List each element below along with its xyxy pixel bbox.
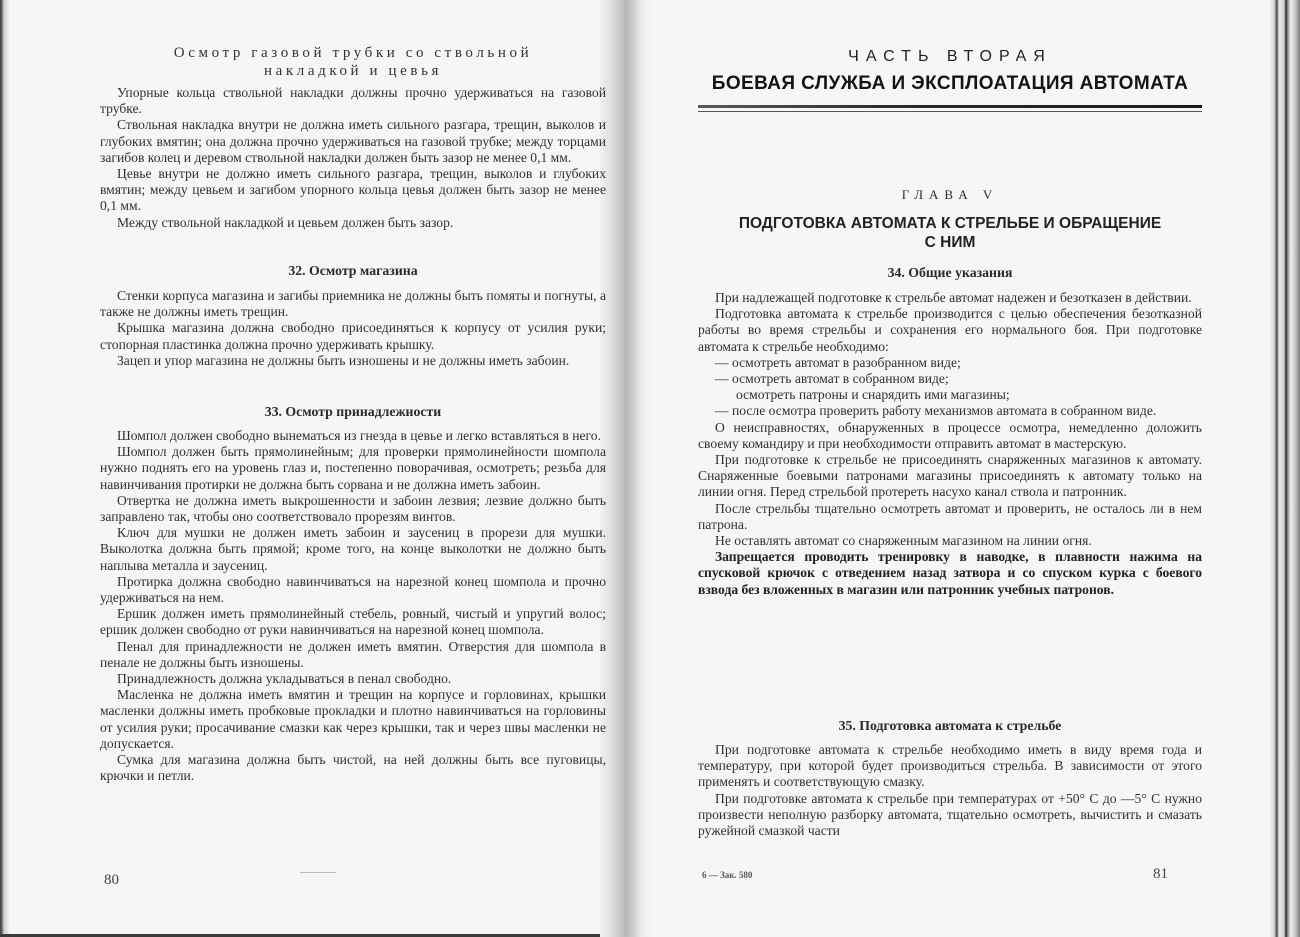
paragraph: Стенки корпуса магазина и загибы приемни… [100, 288, 606, 320]
section-32-title: 32. Осмотр магазина [100, 263, 606, 279]
list-item: осмотреть патроны и снарядить ими магази… [698, 387, 1202, 403]
gas-tube-heading-line1: Осмотр газовой трубки со ствольной [100, 44, 606, 62]
section-35-body: При подготовке автомата к стрельбе необх… [698, 742, 1202, 839]
section-34-body: При надлежащей подготовке к стрельбе авт… [698, 290, 1202, 598]
part-label: ЧАСТЬ ВТОРАЯ [698, 48, 1202, 66]
paragraph: Ершик должен иметь прямолинейный стебель… [100, 606, 606, 638]
paragraph: При подготовке автомата к стрельбе при т… [698, 791, 1202, 840]
paragraph: Ключ для мушки не должен иметь забоин и … [100, 525, 606, 574]
paragraph: Подготовка автомата к стрельбе производи… [698, 306, 1202, 355]
paragraph: Зацеп и упор магазина не должны быть изн… [100, 353, 606, 369]
paragraph: Упорные кольца ствольной накладки должны… [100, 85, 606, 117]
part-title-rule [698, 105, 1202, 108]
page-number-left: 80 [104, 872, 119, 889]
paragraph: Принадлежность должна укладываться в пен… [100, 671, 606, 687]
paragraph: О неисправностях, обнаруженных в процесс… [698, 420, 1202, 452]
paragraph: Протирка должна свободно навинчиваться н… [100, 574, 606, 606]
right-page: ЧАСТЬ ВТОРАЯ БОЕВАЯ СЛУЖБА И ЭКСПЛОАТАЦИ… [698, 0, 1202, 937]
section-32-body: Стенки корпуса магазина и загибы приемни… [100, 288, 606, 369]
paragraph: Отвертка не должна иметь выкрошенности и… [100, 493, 606, 525]
section-35-title: 35. Подготовка автомата к стрельбе [698, 718, 1202, 734]
page-number-right: 81 [1153, 866, 1168, 883]
section-33-title: 33. Осмотр принадлежности [100, 404, 606, 420]
paragraph: Сумка для магазина должна быть чистой, н… [100, 752, 606, 784]
list-item: — после осмотра проверить работу механиз… [698, 403, 1202, 419]
chapter-label: ГЛАВА V [698, 187, 1202, 203]
paragraph: Шомпол должен быть прямолинейным; для пр… [100, 444, 606, 493]
left-page: Осмотр газовой трубки со ствольной накла… [100, 0, 606, 937]
gas-tube-body: Упорные кольца ствольной накладки должны… [100, 85, 606, 231]
list-item: — осмотреть автомат в собранном виде; [698, 371, 1202, 387]
part-title-rule-thin [698, 111, 1202, 112]
paragraph: Крышка магазина должна свободно присоеди… [100, 320, 606, 352]
paragraph: Между ствольной накладкой и цевьем долже… [100, 215, 606, 231]
paragraph: Шомпол должен свободно вынематься из гне… [100, 428, 606, 444]
paragraph: При надлежащей подготовке к стрельбе авт… [698, 290, 1202, 306]
paragraph: Ствольная накладка внутри не должна имет… [100, 117, 606, 166]
right-page-edge [1270, 0, 1300, 937]
chapter-title-line2: С НИМ [698, 233, 1202, 252]
paragraph: При подготовке автомата к стрельбе необх… [698, 742, 1202, 791]
printer-imprint: 6 — Зак. 580 [702, 870, 752, 880]
left-page-edge [0, 0, 10, 937]
chapter-title: ПОДГОТОВКА АВТОМАТА К СТРЕЛЬБЕ И ОБРАЩЕН… [698, 214, 1202, 252]
list-item: — осмотреть автомат в разобранном виде; [698, 355, 1202, 371]
paragraph: Не оставлять автомат со снаряженным мага… [698, 533, 1202, 549]
chapter-title-line1: ПОДГОТОВКА АВТОМАТА К СТРЕЛЬБЕ И ОБРАЩЕН… [698, 214, 1202, 233]
section-34-title: 34. Общие указания [698, 265, 1202, 281]
paragraph: После стрельбы тщательно осмотреть автом… [698, 501, 1202, 533]
gas-tube-heading-line2: накладкой и цевья [100, 62, 606, 80]
footer-rule [300, 872, 336, 873]
book-spine-gutter [600, 0, 670, 937]
book-spread: Осмотр газовой трубки со ствольной накла… [0, 0, 1300, 937]
part-title: БОЕВАЯ СЛУЖБА И ЭКСПЛОАТАЦИЯ АВТОМАТА [698, 73, 1202, 95]
paragraph: Цевье внутри не должно иметь сильного ра… [100, 166, 606, 215]
paragraph: Пенал для принадлежности не должен иметь… [100, 639, 606, 671]
warning-paragraph: Запрещается проводить тренировку в навод… [698, 549, 1202, 598]
paragraph: Масленка не должна иметь вмятин и трещин… [100, 687, 606, 752]
gas-tube-heading: Осмотр газовой трубки со ствольной накла… [100, 44, 606, 80]
section-33-body: Шомпол должен свободно вынематься из гне… [100, 428, 606, 784]
paragraph: При подготовке к стрельбе не присоединят… [698, 452, 1202, 501]
